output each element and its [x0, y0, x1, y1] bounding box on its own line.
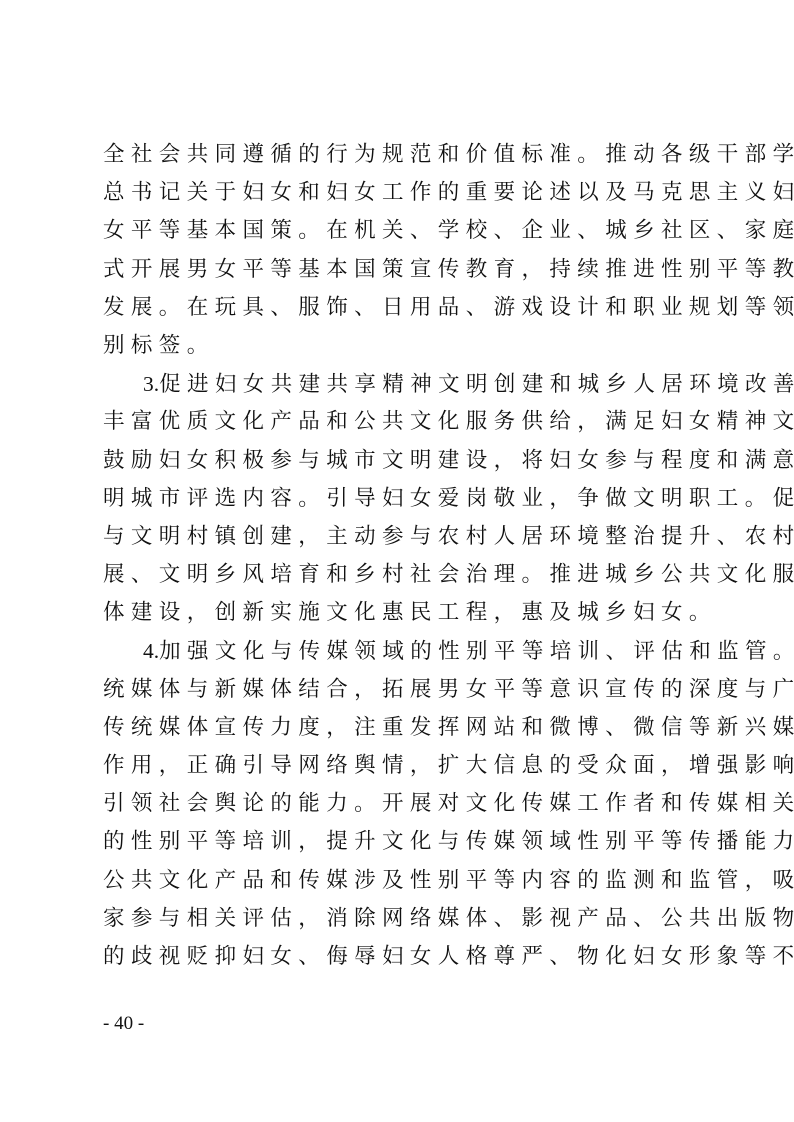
- text-line: 式开展男女平等基本国策宣传教育，持续推进性别平等教育向纵深: [103, 251, 693, 289]
- text-line: 别标签。: [103, 327, 693, 365]
- text-line: 公共文化产品和传媒涉及性别平等内容的监测和监管，吸纳性别专: [103, 862, 693, 900]
- text-line: 4.加强文化与传媒领域的性别平等培训、评估和监管。坚持传: [103, 632, 693, 670]
- text-line: 传统媒体宣传力度，注重发挥网站和微博、微信等新兴媒体的独特: [103, 709, 693, 747]
- text-line: 引领社会舆论的能力。开展对文化传媒工作者和传媒相关专业学生: [103, 785, 693, 823]
- text-line: 鼓励妇女积极参与城市文明建设，将妇女参与程度和满意度纳入文: [103, 442, 693, 480]
- text-line: 3.促进妇女共建共享精神文明创建和城乡人居环境改善成果。: [103, 365, 693, 403]
- body-text: 全社会共同遵循的行为规范和价值标准。推动各级干部学习习近平 总书记关于妇女和妇女…: [103, 136, 693, 976]
- paragraph-continuation: 全社会共同遵循的行为规范和价值标准。推动各级干部学习习近平 总书记关于妇女和妇女…: [103, 136, 693, 365]
- text-line: 女平等基本国策。在机关、学校、企业、城乡社区、家庭以多种形: [103, 212, 693, 250]
- text-line: 与文明村镇创建，主动参与农村人居环境整治提升、农村文化发: [103, 518, 693, 556]
- text-line: 丰富优质文化产品和公共文化服务供给，满足妇女精神文化需求。: [103, 403, 693, 441]
- text-line: 家参与相关评估，消除网络媒体、影视产品、公共出版物等中出现: [103, 900, 693, 938]
- text-line: 作用，正确引导网络舆情，扩大信息的受众面，增强影响力，提高: [103, 747, 693, 785]
- item-heading-text: 促进妇女共建共享精神文明创建和城乡人居环境改善成果。: [159, 372, 794, 397]
- text-line: 体建设，创新实施文化惠民工程，惠及城乡妇女。: [103, 594, 693, 632]
- text-line: 全社会共同遵循的行为规范和价值标准。推动各级干部学习习近平: [103, 136, 693, 174]
- item-heading-text: 加强文化与传媒领域的性别平等培训、评估和监管。坚持传: [159, 639, 794, 664]
- text-line: 的歧视贬抑妇女、侮辱妇女人格尊严、物化妇女形象等不良现象，: [103, 938, 693, 976]
- text-line: 展、文明乡风培育和乡村社会治理。推进城乡公共文化服务体系一: [103, 556, 693, 594]
- document-page: 全社会共同遵循的行为规范和价值标准。推动各级干部学习习近平 总书记关于妇女和妇女…: [0, 0, 794, 1122]
- item-number: 3.: [143, 372, 159, 396]
- paragraph-item-4: 4.加强文化与传媒领域的性别平等培训、评估和监管。坚持传 统媒体与新媒体结合，拓…: [103, 632, 693, 976]
- text-line: 总书记关于妇女和妇女工作的重要论述以及马克思主义妇女观、男: [103, 174, 693, 212]
- text-line: 明城市评选内容。引导妇女爱岗敬业，争做文明职工。促进妇女参: [103, 480, 693, 518]
- page-number: - 40 -: [103, 1011, 144, 1037]
- paragraph-item-3: 3.促进妇女共建共享精神文明创建和城乡人居环境改善成果。 丰富优质文化产品和公共…: [103, 365, 693, 632]
- item-number: 4.: [143, 639, 159, 663]
- text-line: 统媒体与新媒体结合，拓展男女平等意识宣传的深度与广度。提高: [103, 671, 693, 709]
- text-line: 的性别平等培训，提升文化与传媒领域性别平等传播能力。加强对: [103, 823, 693, 861]
- text-line: 发展。在玩具、服饰、日用品、游戏设计和职业规划等领域消除性: [103, 289, 693, 327]
